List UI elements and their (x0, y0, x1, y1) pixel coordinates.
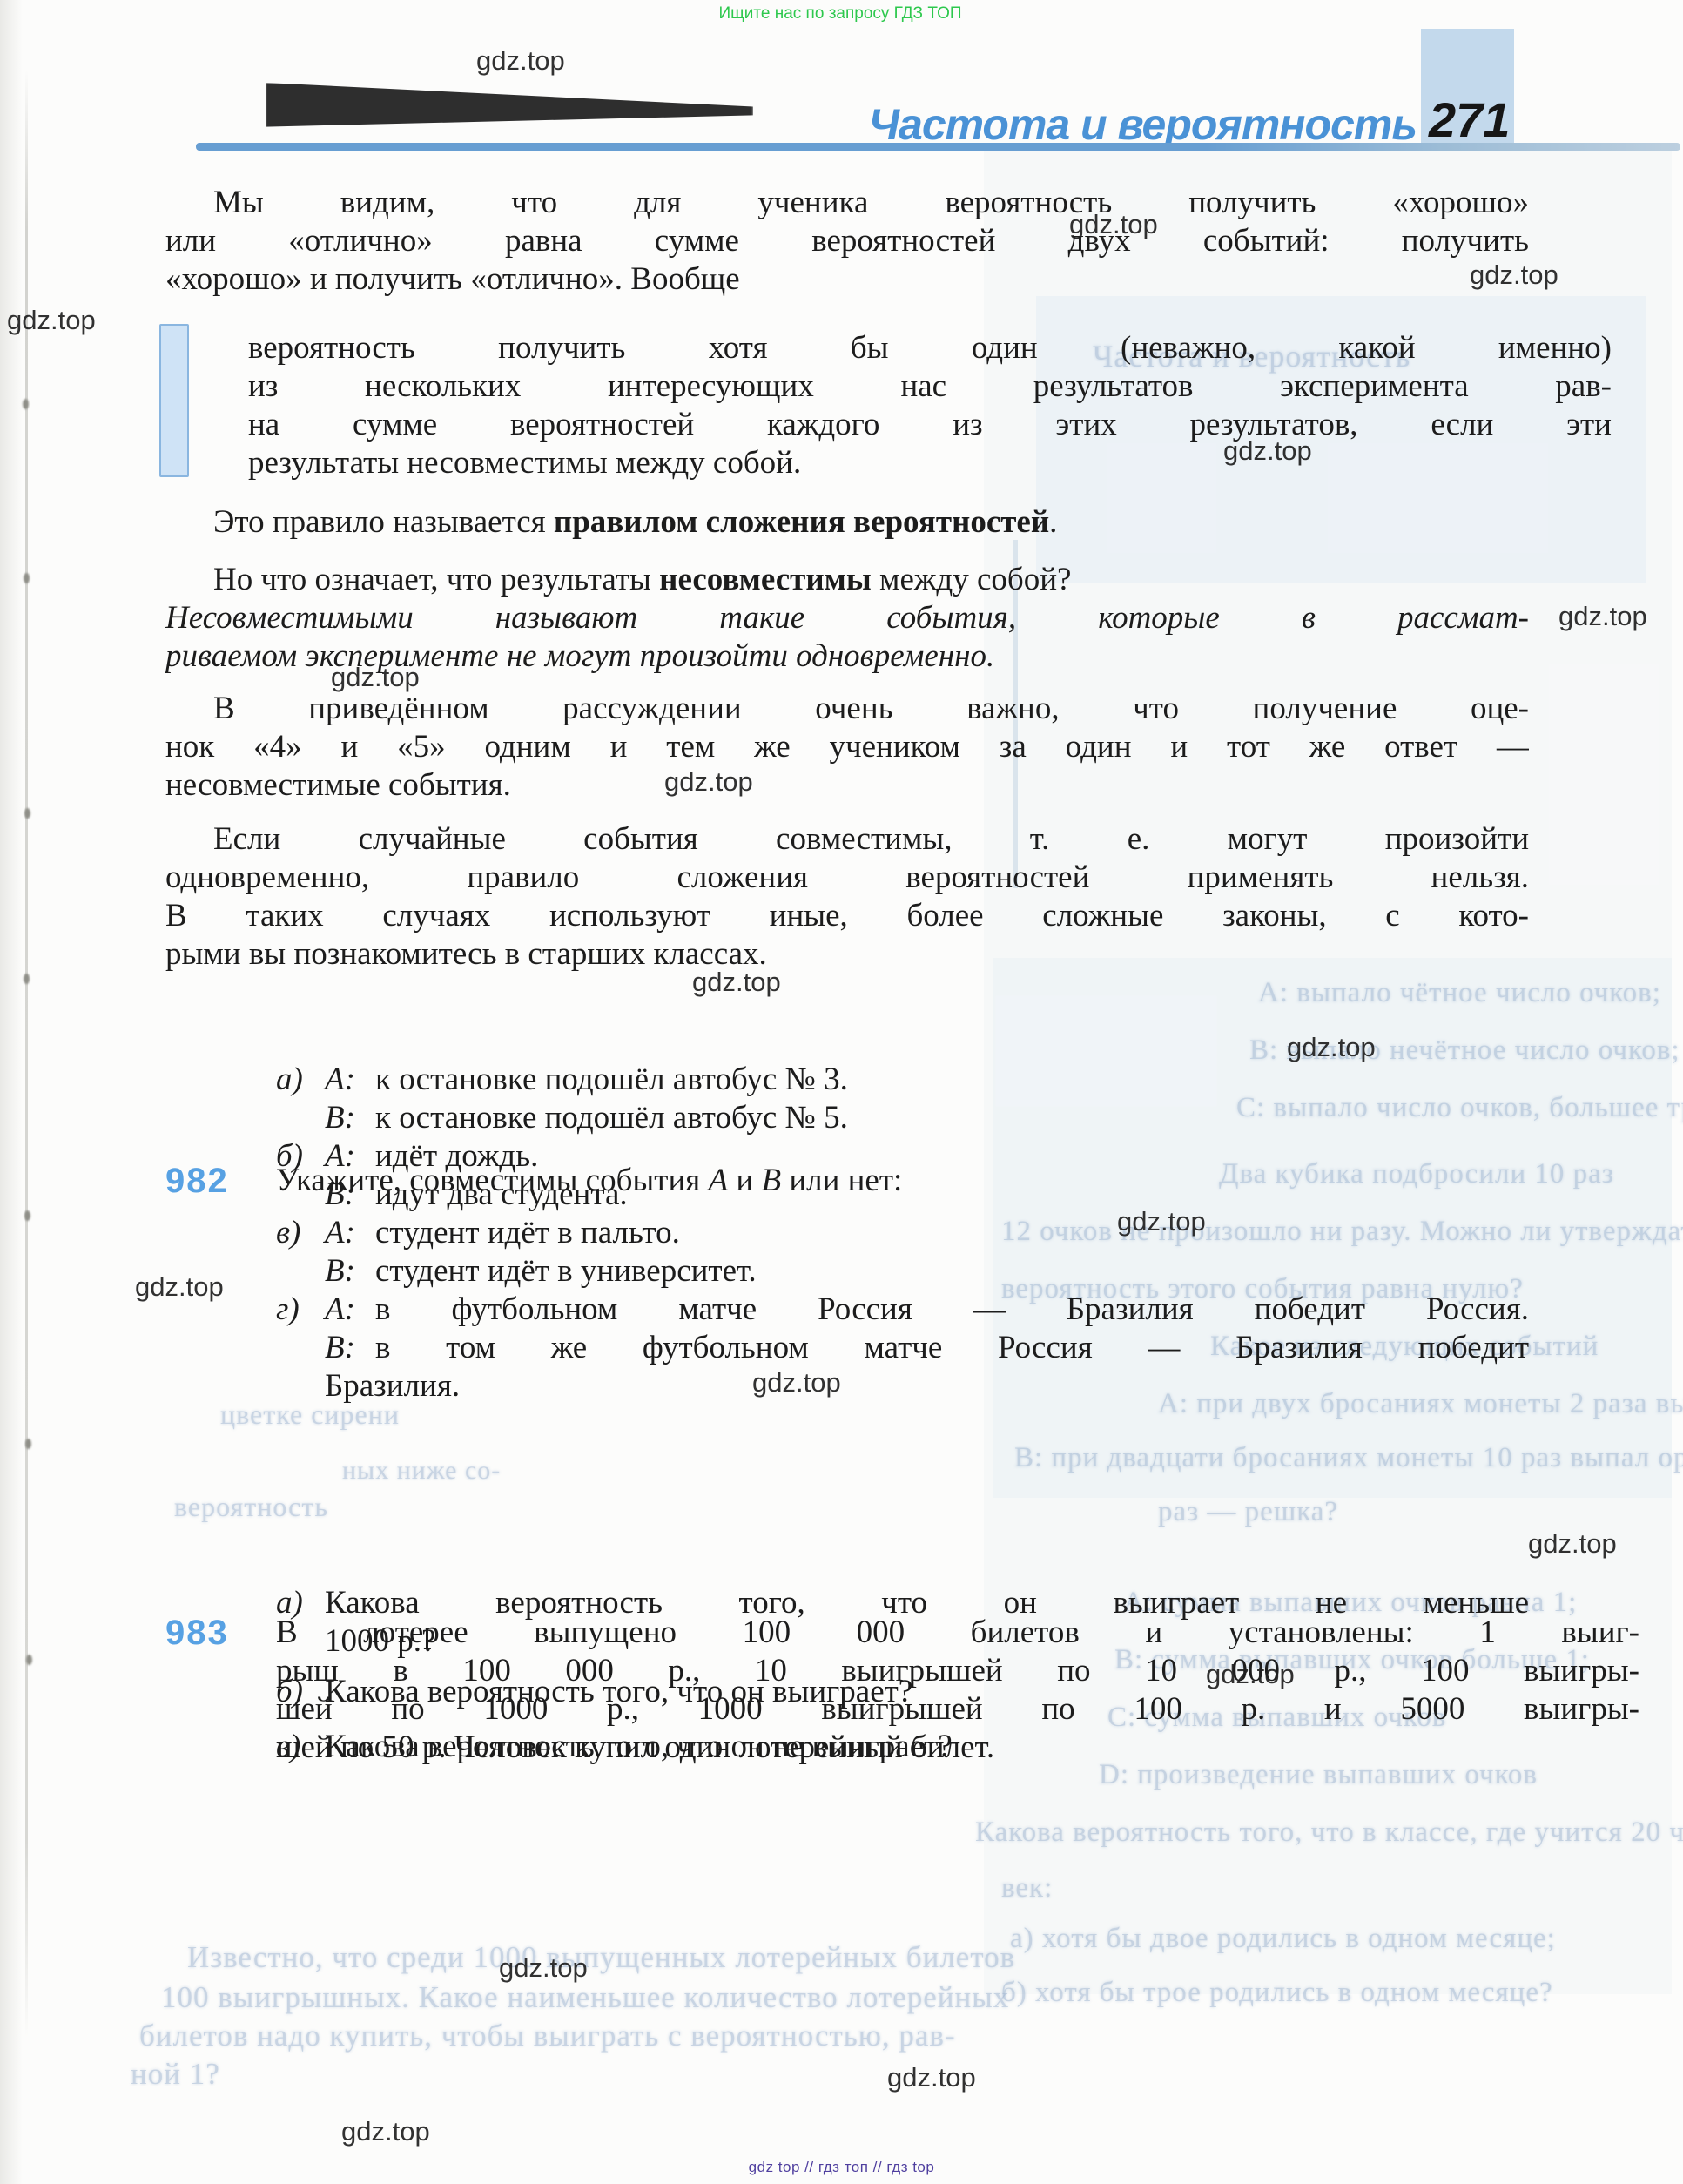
paragraph: Мы видим, что для ученика вероятность по… (165, 184, 1529, 299)
problem-item: г)А:в футбольном матче Россия — Бразилия… (165, 1291, 1529, 1329)
item-label: а) (276, 1584, 325, 1622)
problem-982-items: а)А:к остановке подошёл автобус № 3.В:к … (165, 1061, 1529, 1405)
bold-text: правилом сложения вероятностей (554, 504, 1049, 540)
text-line: Но что означает, что результаты несовмес… (165, 561, 1529, 599)
header-rule (196, 143, 1680, 151)
item-label (276, 1099, 325, 1137)
paragraph: Но что означает, что результаты несовмес… (165, 561, 1529, 599)
text: Но что означает, что результаты (213, 562, 659, 597)
gdz-watermark: gdz.top (341, 2116, 430, 2147)
event-letter: В: (325, 1252, 375, 1291)
binding-crease (25, 70, 28, 2038)
gdz-watermark: gdz.top (1558, 601, 1647, 632)
bold-text: несовместимы (659, 562, 872, 597)
bleed-through-text: а) хотя бы двое родились в одном месяце; (1010, 1923, 1556, 1955)
item-text: Какова вероятность того, что он не выигр… (325, 1728, 1529, 1766)
gdz-watermark: gdz.top (664, 766, 753, 798)
problem-item: в)Какова вероятность того, что он не выи… (165, 1728, 1529, 1766)
gdz-watermark: gdz.top (1117, 1206, 1206, 1237)
gdz-watermark: gdz.top (1287, 1032, 1376, 1063)
bleed-through-text: ной 1? (131, 2057, 220, 2092)
gdz-watermark: gdz.top (752, 1367, 841, 1399)
problem-item: в)А:студент идёт в пальто. (165, 1214, 1529, 1252)
rule-text: вероятность получить хотя бы один (неваж… (248, 329, 1612, 482)
item-label (276, 1329, 325, 1367)
bleed-through-text: б) хотя бы трое родились в одном месяце? (1001, 1977, 1553, 2009)
problem-item: б)А:идёт дождь. (165, 1137, 1529, 1176)
bleed-through-text: билетов надо купить, чтобы выиграть с ве… (139, 2019, 956, 2053)
footer-links: gdz top // гдз топ // гдз top (0, 2159, 1683, 2176)
bleed-through-text: век: (1001, 1872, 1053, 1904)
text-line: из нескольких интересующих нас результат… (248, 367, 1612, 406)
item-text: Какова вероятность того, что он выиграет… (325, 1584, 1529, 1622)
paragraph: Если случайные события совместимы, т. е.… (165, 820, 1529, 974)
bleed-through-text: раз — решка? (1158, 1496, 1338, 1528)
binding-speck (24, 1210, 30, 1221)
rule-callout: вероятность получить хотя бы один (неваж… (165, 329, 1612, 482)
item-label: в) (276, 1214, 325, 1252)
item-label: б) (276, 1137, 325, 1176)
text-line: результаты несовместимы между собой. (248, 444, 1612, 482)
gdz-watermark: gdz.top (135, 1271, 224, 1303)
text-line: или «отлично» равна сумме вероятностей д… (165, 222, 1529, 260)
gdz-watermark: gdz.top (1069, 209, 1158, 240)
text-line: Если случайные события совместимы, т. е.… (165, 820, 1529, 859)
text-line: вероятность получить хотя бы один (неваж… (248, 329, 1612, 367)
item-text: Какова вероятность того, что он выиграет… (325, 1673, 1529, 1711)
item-text: идёт дождь. (375, 1137, 1529, 1176)
text-line: несовместимые события. (165, 766, 1529, 805)
page-number: 271 (1429, 96, 1510, 145)
gdz-watermark: gdz.top (476, 45, 565, 77)
bleed-through-text: ных ниже со- (342, 1456, 501, 1486)
problem-item: б)Какова вероятность того, что он выигра… (165, 1673, 1529, 1711)
problem-item: В:в том же футбольном матче Россия — Бра… (165, 1329, 1529, 1367)
scanned-textbook-page: Частота и вероятностьА: выпало чётное чи… (0, 0, 1683, 2184)
bleed-through-text: В: при двадцати бросаниях монеты 10 раз … (1014, 1442, 1683, 1474)
item-label (276, 1176, 325, 1214)
text-line: Это правило называется правилом сложения… (165, 503, 1529, 542)
text-line: В приведённом рассуждении очень важно, ч… (165, 690, 1529, 728)
text-line: Несовместимыми называют такие события, к… (165, 599, 1529, 637)
gdz-watermark: gdz.top (1223, 435, 1312, 467)
paragraph: В приведённом рассуждении очень важно, ч… (165, 690, 1529, 805)
problem-item: В:студент идёт в университет. (165, 1252, 1529, 1291)
text-line: нок «4» и «5» одним и тем же учеником за… (165, 728, 1529, 766)
bleed-through-text: вероятность (174, 1491, 328, 1523)
problem-item: 1000 р.? (165, 1622, 1529, 1661)
item-label (276, 1367, 325, 1405)
problem-item: а)А:к остановке подошёл автобус № 3. (165, 1061, 1529, 1099)
gdz-watermark: gdz.top (692, 967, 781, 998)
text: между собой? (872, 562, 1072, 597)
item-text: идут два студента. (375, 1176, 1529, 1214)
text-line: одновременно, правило сложения вероятнос… (165, 859, 1529, 897)
item-label: а) (276, 1061, 325, 1099)
item-text: к остановке подошёл автобус № 5. (375, 1099, 1529, 1137)
gdz-watermark: gdz.top (331, 662, 420, 693)
item-label: г) (276, 1291, 325, 1329)
item-text: студент идёт в пальто. (375, 1214, 1529, 1252)
item-text: Бразилия. (325, 1367, 1529, 1405)
chapter-title: Частота и вероятность (784, 104, 1417, 145)
item-text: в том же футбольном матче Россия — Брази… (375, 1329, 1529, 1367)
text-line: В таких случаях используют иные, более с… (165, 897, 1529, 935)
binding-speck (25, 1439, 31, 1449)
paragraph: Это правило называется правилом сложения… (165, 503, 1529, 542)
scan-edge-artifact (266, 83, 753, 131)
event-letter: А: (325, 1214, 375, 1252)
text-line: на сумме вероятностей каждого из этих ре… (248, 406, 1612, 444)
text: . (1049, 504, 1057, 540)
bleed-through-text: Какова вероятность того, что в классе, г… (975, 1817, 1683, 1849)
problem-983-item-a: а)Какова вероятность того, что он выигра… (165, 1584, 1529, 1661)
text-line: рыми вы познакомитесь в старших классах. (165, 935, 1529, 974)
item-text: студент идёт в университет. (375, 1252, 1529, 1291)
event-letter: А: (325, 1137, 375, 1176)
binding-speck (23, 399, 29, 409)
event-letter: А: (325, 1291, 375, 1329)
promo-banner: Ищите нас по запросу ГДЗ ТОП (662, 4, 1019, 24)
bleed-through-text: Известно, что среди 1000 выпущенных лоте… (187, 1940, 1015, 1975)
item-text: 1000 р.? (325, 1622, 1529, 1661)
text: Это правило называется (213, 504, 554, 540)
problem-item: В:идут два студента. (165, 1176, 1529, 1214)
gdz-watermark: gdz.top (887, 2062, 976, 2093)
item-label: б) (276, 1673, 325, 1711)
gdz-watermark: gdz.top (499, 1952, 588, 1984)
problem-983-item-v: в)Какова вероятность того, что он не выи… (165, 1728, 1529, 1766)
event-letter: В: (325, 1329, 375, 1367)
text-line: Мы видим, что для ученика вероятность по… (165, 184, 1529, 222)
binding-speck (24, 808, 30, 819)
problem-item: Бразилия. (165, 1367, 1529, 1405)
event-letter: А: (325, 1061, 375, 1099)
problem-item: а)Какова вероятность того, что он выигра… (165, 1584, 1529, 1622)
problem-item: В:к остановке подошёл автобус № 5. (165, 1099, 1529, 1137)
binding-speck (24, 573, 30, 583)
item-label (276, 1252, 325, 1291)
bleed-through-text: А: выпало чётное число очков; (1258, 977, 1661, 1009)
bleed-through-text: 100 выигрышных. Какое наименьшее количес… (161, 1980, 1009, 2015)
gdz-watermark: gdz.top (1206, 1659, 1295, 1690)
text-line: «хорошо» и получить «отлично». Вообще (165, 260, 1529, 299)
event-letter: В: (325, 1099, 375, 1137)
item-label: в) (276, 1728, 325, 1766)
gdz-watermark: gdz.top (1528, 1528, 1617, 1560)
binding-speck (26, 1655, 32, 1665)
problem-983-item-b: б)Какова вероятность того, что он выигра… (165, 1673, 1529, 1711)
binding-speck (24, 974, 30, 984)
gdz-watermark: gdz.top (1470, 260, 1558, 291)
item-text: к остановке подошёл автобус № 3. (375, 1061, 1529, 1099)
gdz-watermark: gdz.top (7, 305, 96, 336)
rule-marker-bar (159, 324, 189, 477)
item-text: в футбольном матче Россия — Бразилия поб… (375, 1291, 1529, 1329)
event-letter: В: (325, 1176, 375, 1214)
